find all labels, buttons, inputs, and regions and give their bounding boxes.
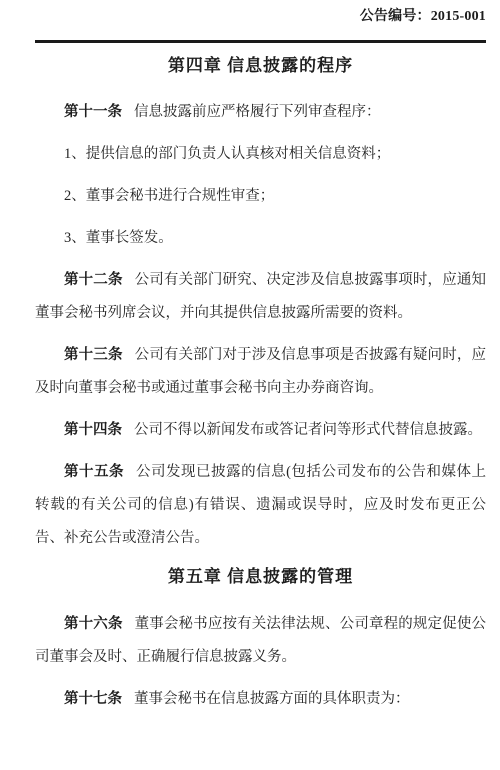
list-item-3: 3、董事长签发。	[35, 222, 486, 255]
announcement-number: 公告编号：2015-001	[35, 8, 486, 26]
list-item-2-text: 2、董事会秘书进行合规性审查；	[35, 180, 486, 213]
header-divider	[35, 40, 486, 43]
article-16-line-2: 司董事会及时、正确履行信息披露义务。	[35, 641, 486, 674]
article-14: 第十四条公司不得以新闻发布或答记者问等形式代替信息披露。	[35, 414, 486, 447]
article-13-lead: 第十三条	[64, 347, 123, 363]
article-13-text-1: 公司有关部门对于涉及信息事项是否披露有疑问时，应	[135, 347, 486, 363]
chapter-5-title: 第五章 信息披露的管理	[35, 564, 486, 589]
article-14-line-1: 第十四条公司不得以新闻发布或答记者问等形式代替信息披露。	[35, 414, 486, 447]
article-12: 第十二条公司有关部门研究、决定涉及信息披露事项时，应通知 董事会秘书列席会议，并…	[35, 264, 486, 330]
document-page: 公告编号：2015-001 第四章 信息披露的程序 第十一条信息披露前应严格履行…	[0, 0, 500, 770]
article-11-lead: 第十一条	[64, 104, 122, 120]
article-15-line-1: 第十五条公司发现已披露的信息(包括公司发布的公告和媒体上	[35, 456, 486, 489]
article-15-line-3: 告、补充公告或澄清公告。	[35, 522, 486, 555]
article-17-line-1: 第十七条董事会秘书在信息披露方面的具体职责为：	[35, 683, 486, 716]
article-14-text: 公司不得以新闻发布或答记者问等形式代替信息披露。	[134, 422, 482, 438]
article-12-line-2: 董事会秘书列席会议，并向其提供信息披露所需要的资料。	[35, 297, 486, 330]
article-15-lead: 第十五条	[64, 464, 124, 480]
article-17: 第十七条董事会秘书在信息披露方面的具体职责为：	[35, 683, 486, 716]
article-11-text: 信息披露前应严格履行下列审查程序：	[134, 104, 381, 120]
list-item-1-text: 1、提供信息的部门负责人认真核对相关信息资料；	[35, 138, 486, 171]
article-13-line-2: 及时向董事会秘书或通过董事会秘书向主办券商咨询。	[35, 372, 486, 405]
article-15-line-2: 转载的有关公司的信息)有错误、遗漏或误导时，应及时发布更正公	[35, 489, 486, 522]
article-13: 第十三条公司有关部门对于涉及信息事项是否披露有疑问时，应 及时向董事会秘书或通过…	[35, 339, 486, 405]
article-16-lead: 第十六条	[64, 616, 123, 632]
article-11-line-1: 第十一条信息披露前应严格履行下列审查程序：	[35, 96, 486, 129]
article-14-lead: 第十四条	[64, 422, 122, 438]
list-item-3-text: 3、董事长签发。	[35, 222, 486, 255]
list-item-1: 1、提供信息的部门负责人认真核对相关信息资料；	[35, 138, 486, 171]
chapter-4-title: 第四章 信息披露的程序	[35, 53, 486, 78]
article-12-line-1: 第十二条公司有关部门研究、决定涉及信息披露事项时，应通知	[35, 264, 486, 297]
article-12-text-1: 公司有关部门研究、决定涉及信息披露事项时，应通知	[135, 272, 486, 288]
article-12-lead: 第十二条	[64, 272, 123, 288]
article-17-text: 董事会秘书在信息披露方面的具体职责为：	[134, 691, 410, 707]
article-16-text-1: 董事会秘书应按有关法律法规、公司章程的规定促使公	[135, 616, 486, 632]
article-16: 第十六条董事会秘书应按有关法律法规、公司章程的规定促使公 司董事会及时、正确履行…	[35, 608, 486, 674]
article-13-line-1: 第十三条公司有关部门对于涉及信息事项是否披露有疑问时，应	[35, 339, 486, 372]
article-16-line-1: 第十六条董事会秘书应按有关法律法规、公司章程的规定促使公	[35, 608, 486, 641]
article-15: 第十五条公司发现已披露的信息(包括公司发布的公告和媒体上 转载的有关公司的信息)…	[35, 456, 486, 555]
article-15-text-1: 公司发现已披露的信息(包括公司发布的公告和媒体上	[136, 464, 486, 480]
list-item-2: 2、董事会秘书进行合规性审查；	[35, 180, 486, 213]
article-17-lead: 第十七条	[64, 691, 122, 707]
article-11: 第十一条信息披露前应严格履行下列审查程序：	[35, 96, 486, 129]
